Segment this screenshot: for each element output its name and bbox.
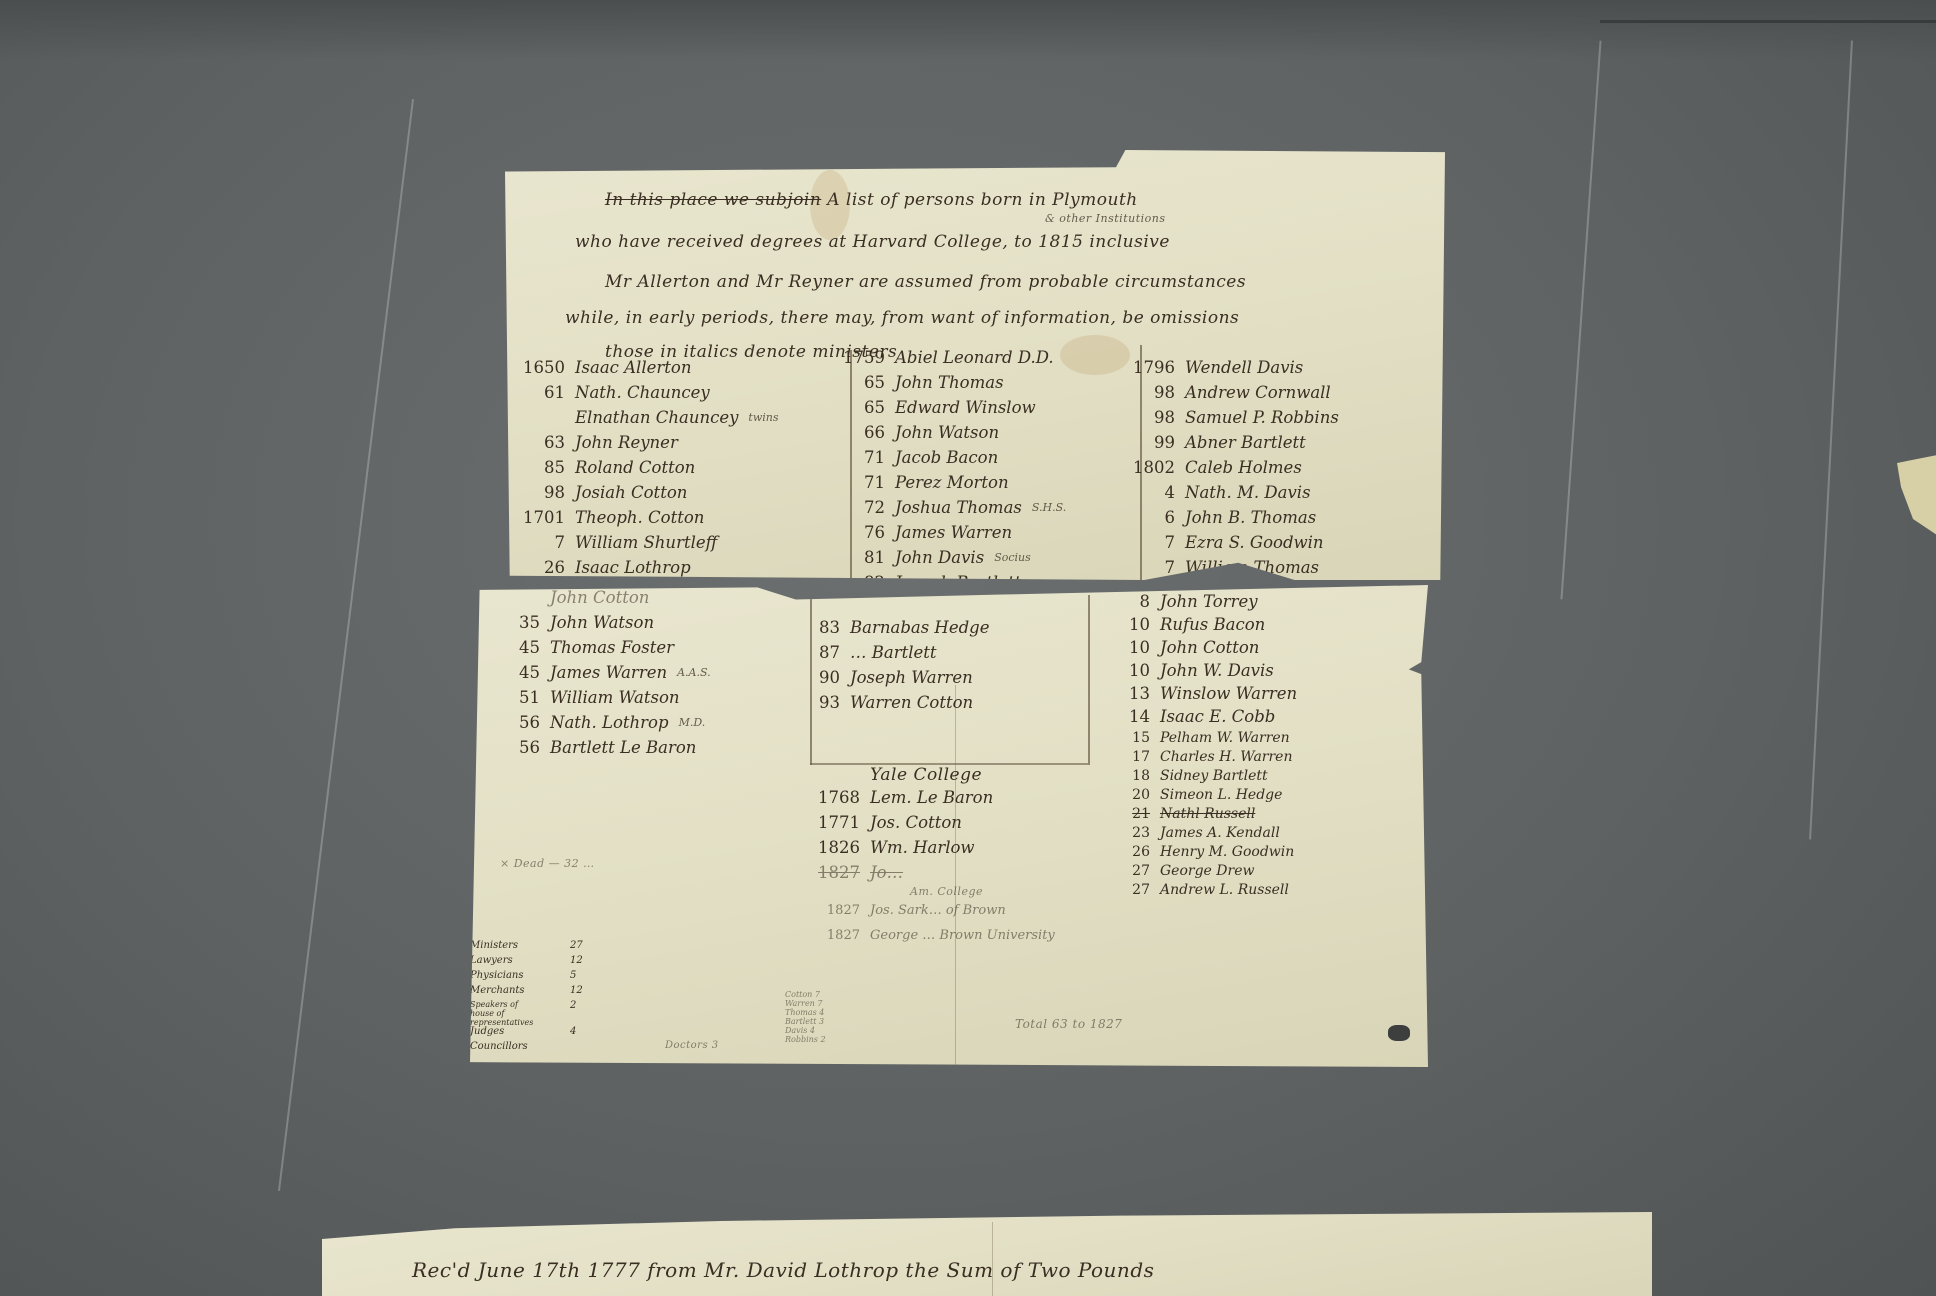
text: A.A.S. xyxy=(677,666,711,679)
text: 1759 xyxy=(835,348,885,367)
text: Abner Bartlett xyxy=(1185,433,1306,452)
text: 17 xyxy=(1100,749,1150,765)
glass-edge-right xyxy=(1560,41,1601,600)
text: Isaac Lothrop xyxy=(575,558,691,577)
text: 87 xyxy=(790,643,840,662)
list-item: 7William Thomas xyxy=(1125,555,1339,580)
text: Joshua Thomas xyxy=(895,498,1022,517)
doctors-note: Doctors 3 xyxy=(665,1040,719,1051)
list-item: 45Thomas Foster xyxy=(490,635,711,660)
tally-row: Lawyers12 xyxy=(470,955,583,970)
list-item: 71Jacob Bacon xyxy=(835,445,1066,470)
column-2-lower: 83Barnabas Hedge 87… Bartlett 90Joseph W… xyxy=(790,615,989,715)
tally-row: Judges4 xyxy=(470,1026,583,1041)
text: 27 xyxy=(570,940,583,955)
text: 1827 xyxy=(810,928,860,943)
text: 98 xyxy=(515,483,565,502)
receipt-strip: Rec'd June 17th 1777 from Mr. David Loth… xyxy=(322,1212,1652,1296)
text: Lawyers xyxy=(470,955,540,970)
list-item: 18Sidney Bartlett xyxy=(1100,766,1297,785)
text: 83 xyxy=(790,618,840,637)
text: Sidney Bartlett xyxy=(1160,768,1268,784)
header-insert: & other Institutions xyxy=(1045,212,1166,225)
text: 23 xyxy=(1100,825,1150,841)
text: Lem. Le Baron xyxy=(870,788,993,807)
text: 1827 xyxy=(810,903,860,918)
text: 1796 xyxy=(1125,358,1175,377)
text: 71 xyxy=(835,473,885,492)
list-item: John Cotton xyxy=(490,585,711,610)
list-item: 56Nath. LothropM.D. xyxy=(490,710,711,735)
text: 81 xyxy=(835,548,885,567)
text: 4 xyxy=(570,1026,576,1041)
text: Isaac E. Cobb xyxy=(1160,707,1275,726)
text: twins xyxy=(748,411,778,424)
yale-section: Yale College 1768Lem. Le Baron 1771Jos. … xyxy=(810,765,1055,948)
other-college-heading: Am. College xyxy=(910,885,1155,898)
list-item: 65Edward Winslow xyxy=(835,395,1066,420)
text: 56 xyxy=(490,738,540,757)
list-item: 83Barnabas Hedge xyxy=(790,615,989,640)
column-1-lower: John Cotton 35John Watson 45Thomas Foste… xyxy=(490,585,711,760)
column-3-upper: 1796Wendell Davis 98Andrew Cornwall 98Sa… xyxy=(1125,355,1339,580)
text: John W. Davis xyxy=(1160,661,1274,680)
text: 6 xyxy=(1125,508,1175,527)
list-item: 72Joshua ThomasS.H.S. xyxy=(835,495,1066,520)
text: Speakers of house of representatives xyxy=(470,1000,540,1026)
tally-row: Councillors xyxy=(470,1041,583,1056)
header-text: A list of persons born in Plymouth xyxy=(827,190,1138,210)
text: John Torrey xyxy=(1160,592,1258,611)
list-item: 10Rufus Bacon xyxy=(1100,613,1297,636)
text: 98 xyxy=(1125,383,1175,402)
tally-row: Ministers27 xyxy=(470,940,583,955)
list-item: 98Samuel P. Robbins xyxy=(1125,405,1339,430)
text: 1768 xyxy=(810,788,860,807)
text: Josiah Cotton xyxy=(575,483,687,502)
list-item: 1802Caleb Holmes xyxy=(1125,455,1339,480)
text: M.D. xyxy=(679,716,706,729)
text: 8 xyxy=(1100,592,1150,611)
text: 1771 xyxy=(810,813,860,832)
tally-row: Merchants12 xyxy=(470,985,583,1000)
text: Cotton 7 xyxy=(785,990,826,999)
text: 82 xyxy=(835,573,885,592)
text: 65 xyxy=(835,398,885,417)
list-item: 98Josiah Cotton xyxy=(515,480,779,505)
text: Jo… xyxy=(870,863,903,882)
header-line-1: In this place we subjoin A list of perso… xyxy=(605,190,1138,210)
display-case-shadow xyxy=(0,0,1936,60)
text: John Thomas xyxy=(895,373,1004,392)
text: Judges xyxy=(470,1026,540,1041)
list-item: 13Winslow Warren xyxy=(1100,682,1297,705)
text: 85 xyxy=(515,458,565,477)
list-item: 99Abner Bartlett xyxy=(1125,430,1339,455)
text: John Watson xyxy=(550,613,654,632)
text: Bartlett Le Baron xyxy=(550,738,696,757)
text: S.H.S. xyxy=(1032,501,1066,514)
list-item: 98Andrew Cornwall xyxy=(1125,380,1339,405)
text: Joseph Warren xyxy=(850,668,973,687)
text: 7 xyxy=(1125,558,1175,577)
list-item: 8John Torrey xyxy=(1100,590,1297,613)
text: 13 xyxy=(1100,684,1150,703)
text: Barnabas Hedge xyxy=(850,618,989,637)
text: 4 xyxy=(1125,483,1175,502)
list-item: 81John DavisSocius xyxy=(835,545,1066,570)
text: James Warren xyxy=(550,663,667,682)
text: 72 xyxy=(835,498,885,517)
text: 98 xyxy=(1125,408,1175,427)
document-lower-fragment: John Cotton 35John Watson 45Thomas Foste… xyxy=(470,585,1428,1067)
text: Rufus Bacon xyxy=(1160,615,1265,634)
text: Thomas Foster xyxy=(550,638,674,657)
text: Elnathan Chauncey xyxy=(575,408,738,427)
text: John Cotton xyxy=(550,588,649,607)
text: Joseph Bartlett xyxy=(895,573,1021,592)
text: Nath. M. Davis xyxy=(1185,483,1311,502)
text: Nathl Russell xyxy=(1160,806,1255,822)
text: Charles H. Warren xyxy=(1160,749,1292,765)
text: Pelham W. Warren xyxy=(1160,730,1290,746)
glass-edge-left xyxy=(278,99,414,1191)
text: 63 xyxy=(515,433,565,452)
list-item: 45James WarrenA.A.S. xyxy=(490,660,711,685)
text: Thomas 4 xyxy=(785,1008,826,1017)
text: Samuel P. Robbins xyxy=(1185,408,1339,427)
list-item: 65John Thomas xyxy=(835,370,1066,395)
text: John B. Thomas xyxy=(1185,508,1316,527)
list-item: 66John Watson xyxy=(835,420,1066,445)
list-item: 1827Jo… xyxy=(810,860,1055,885)
list-item: 17Charles H. Warren xyxy=(1100,747,1297,766)
list-item: 93Warren Cotton xyxy=(790,690,989,715)
list-item: 87… Bartlett xyxy=(790,640,989,665)
text: Jos. Sark… of Brown xyxy=(870,903,1006,918)
text: 10 xyxy=(1100,615,1150,634)
text: Perez Morton xyxy=(895,473,1009,492)
list-item: Elnathan Chaunceytwins xyxy=(515,405,779,430)
text: 2 xyxy=(570,1000,576,1026)
text: John Cotton xyxy=(1160,638,1259,657)
text: Councillors xyxy=(470,1041,540,1056)
text: 1826 xyxy=(810,838,860,857)
text: 45 xyxy=(490,663,540,682)
text: 1650 xyxy=(515,358,565,377)
list-item: 1701Theoph. Cotton xyxy=(515,505,779,530)
text: William Watson xyxy=(550,688,680,707)
list-item: 26Henry M. Goodwin xyxy=(1100,842,1297,861)
list-item: 35John Watson xyxy=(490,610,711,635)
text: 7 xyxy=(515,533,565,552)
text: 10 xyxy=(1100,638,1150,657)
text: James A. Kendall xyxy=(1160,825,1280,841)
glass-edge-top xyxy=(1600,20,1936,23)
text: 27 xyxy=(1100,863,1150,879)
list-item: 21Nathl Russell xyxy=(1100,804,1297,823)
text: Merchants xyxy=(470,985,540,1000)
text: 93 xyxy=(790,693,840,712)
text: … Bartlett xyxy=(850,643,937,662)
list-item: 6John B. Thomas xyxy=(1125,505,1339,530)
text: Bartlett 3 xyxy=(785,1017,826,1026)
list-item: 7William Shurtleff xyxy=(515,530,779,555)
text: 1701 xyxy=(515,508,565,527)
list-item: 26Isaac Lothrop xyxy=(515,555,779,580)
text: Roland Cotton xyxy=(575,458,695,477)
list-item: 20Simeon L. Hedge xyxy=(1100,785,1297,804)
text: 12 xyxy=(570,985,583,1000)
text: 66 xyxy=(835,423,885,442)
list-item: 10John W. Davis xyxy=(1100,659,1297,682)
list-item: 1796Wendell Davis xyxy=(1125,355,1339,380)
list-item: 1827Jos. Sark… of Brown xyxy=(810,898,1055,923)
text: William Shurtleff xyxy=(575,533,717,552)
list-item: 82Joseph Bartlett xyxy=(835,570,1066,595)
text: George … Brown University xyxy=(870,928,1055,943)
document-upper-fragment: In this place we subjoin A list of perso… xyxy=(505,150,1445,580)
text: 99 xyxy=(1125,433,1175,452)
text: 14 xyxy=(1100,707,1150,726)
receipt-text: Rec'd June 17th 1777 from Mr. David Loth… xyxy=(412,1258,1154,1282)
tally-row: Physicians5 xyxy=(470,970,583,985)
text: 1827 xyxy=(810,863,860,882)
text: 20 xyxy=(1100,787,1150,803)
list-item: 4Nath. M. Davis xyxy=(1125,480,1339,505)
list-item: 90Joseph Warren xyxy=(790,665,989,690)
total-note: Total 63 to 1827 xyxy=(1015,1017,1122,1031)
list-item: 76James Warren xyxy=(835,520,1066,545)
text: 26 xyxy=(1100,844,1150,860)
list-item: 27George Drew xyxy=(1100,861,1297,880)
header-line-2: who have received degrees at Harvard Col… xyxy=(575,232,1170,252)
adjacent-document-fragment xyxy=(1897,455,1936,535)
text: 5 xyxy=(570,970,576,985)
text: Robbins 2 xyxy=(785,1035,826,1044)
family-count-list: Cotton 7 Warren 7 Thomas 4 Bartlett 3 Da… xyxy=(785,990,826,1044)
list-item: 61Nath. Chauncey xyxy=(515,380,779,405)
text: Caleb Holmes xyxy=(1185,458,1302,477)
text: Nath. Chauncey xyxy=(575,383,710,402)
list-item: 7Ezra S. Goodwin xyxy=(1125,530,1339,555)
column-3-lower: 8John Torrey 10Rufus Bacon 10John Cotton… xyxy=(1100,590,1297,899)
text: 56 xyxy=(490,713,540,732)
text: Nath. Lothrop xyxy=(550,713,669,732)
text: 65 xyxy=(835,373,885,392)
text: Warren 7 xyxy=(785,999,826,1008)
text: 26 xyxy=(515,558,565,577)
text: 15 xyxy=(1100,730,1150,746)
text: 21 xyxy=(1100,806,1150,822)
text: Theoph. Cotton xyxy=(575,508,704,527)
text: Edward Winslow xyxy=(895,398,1036,417)
text: 71 xyxy=(835,448,885,467)
text: 35 xyxy=(490,613,540,632)
tally-row: Speakers of house of representatives2 xyxy=(470,1000,583,1026)
list-item: 71Perez Morton xyxy=(835,470,1066,495)
list-item: 1768Lem. Le Baron xyxy=(810,785,1055,810)
text: 7 xyxy=(1125,533,1175,552)
text: Abiel Leonard D.D. xyxy=(895,348,1054,367)
text: 1802 xyxy=(1125,458,1175,477)
header-line-4: while, in early periods, there may, from… xyxy=(565,308,1239,328)
text: 10 xyxy=(1100,661,1150,680)
header-line-3: Mr Allerton and Mr Reyner are assumed fr… xyxy=(605,272,1246,292)
text: Socius xyxy=(994,551,1031,564)
text: Andrew Cornwall xyxy=(1185,383,1331,402)
list-item: 1759Abiel Leonard D.D. xyxy=(835,345,1066,370)
text: John Reyner xyxy=(575,433,678,452)
text: Warren Cotton xyxy=(850,693,973,712)
list-item: 1771Jos. Cotton xyxy=(810,810,1055,835)
list-item: 56Bartlett Le Baron xyxy=(490,735,711,760)
list-item: 15Pelham W. Warren xyxy=(1100,728,1297,747)
faint-note: × Dead — 32 … xyxy=(500,857,595,870)
text: Isaac Allerton xyxy=(575,358,691,377)
text: Simeon L. Hedge xyxy=(1160,787,1282,803)
list-item: 1826Wm. Harlow xyxy=(810,835,1055,860)
text: 61 xyxy=(515,383,565,402)
text: William Thomas xyxy=(1185,558,1319,577)
text: Wm. Harlow xyxy=(870,838,975,857)
list-item: 10John Cotton xyxy=(1100,636,1297,659)
list-item: 51William Watson xyxy=(490,685,711,710)
text: Physicians xyxy=(470,970,540,985)
text: John Davis xyxy=(895,548,984,567)
text: Jacob Bacon xyxy=(895,448,998,467)
text: Winslow Warren xyxy=(1160,684,1297,703)
text: Andrew L. Russell xyxy=(1160,882,1289,898)
list-item: 85Roland Cotton xyxy=(515,455,779,480)
glass-edge-far-right xyxy=(1809,40,1853,839)
text: 76 xyxy=(835,523,885,542)
column-1-upper: 1650Isaac Allerton 61Nath. Chauncey Elna… xyxy=(515,355,779,580)
list-item: 14Isaac E. Cobb xyxy=(1100,705,1297,728)
tally-section: Ministers27 Lawyers12 Physicians5 Mercha… xyxy=(470,940,583,1056)
text: 45 xyxy=(490,638,540,657)
text: John Watson xyxy=(895,423,999,442)
text: 51 xyxy=(490,688,540,707)
list-item: 63John Reyner xyxy=(515,430,779,455)
text: Ezra S. Goodwin xyxy=(1185,533,1324,552)
text: 90 xyxy=(790,668,840,687)
text: George Drew xyxy=(1160,863,1254,879)
list-item: 1650Isaac Allerton xyxy=(515,355,779,380)
text: James Warren xyxy=(895,523,1012,542)
text: Davis 4 xyxy=(785,1026,826,1035)
text: Ministers xyxy=(470,940,540,955)
text: Henry M. Goodwin xyxy=(1160,844,1294,860)
text: 12 xyxy=(570,955,583,970)
text: Wendell Davis xyxy=(1185,358,1303,377)
yale-heading: Yale College xyxy=(870,765,1115,785)
text: Jos. Cotton xyxy=(870,813,962,832)
list-item: 23James A. Kendall xyxy=(1100,823,1297,842)
struck-text: In this place we subjoin xyxy=(605,190,821,210)
list-item: 1827George … Brown University xyxy=(810,923,1055,948)
